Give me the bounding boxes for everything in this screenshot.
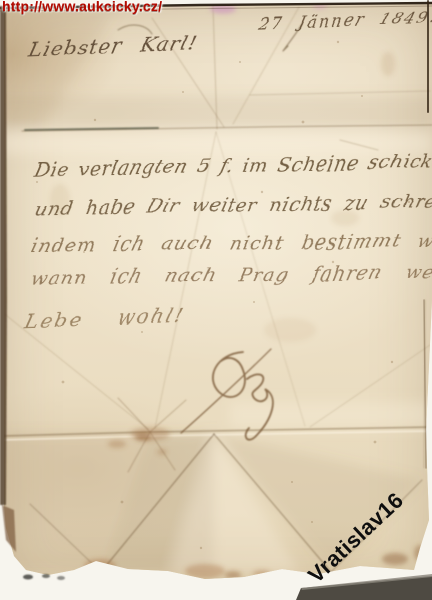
- auction-url-watermark: http://www.aukcicky.cz/: [2, 0, 162, 14]
- scanned-letter: 27 Jänner 1849. Liebster Karl! Die verla…: [0, 0, 432, 600]
- handwritten-body-line: Die verlangten 5 f. im Scheine schicke i…: [33, 151, 432, 180]
- handwritten-body-line: wann ich nach Prag fahren werde.: [29, 263, 432, 288]
- handwritten-body-line: indem ich auch nicht bestimmt weiß ob: [29, 231, 432, 255]
- handwritten-body-line: und habe Dir weiter nichts zu schreiben: [33, 192, 432, 219]
- stains-and-wax-remnants: [50, 3, 426, 579]
- handwritten-date: 27 Jänner 1849.: [257, 10, 432, 32]
- foxing-specks: [36, 41, 410, 549]
- fold-crease-lines: [0, 6, 432, 572]
- handwritten-salutation: Liebster Karl!: [27, 33, 200, 59]
- signature-flourish: [181, 349, 273, 440]
- handwritten-closing: Lebe wohl!: [23, 305, 188, 331]
